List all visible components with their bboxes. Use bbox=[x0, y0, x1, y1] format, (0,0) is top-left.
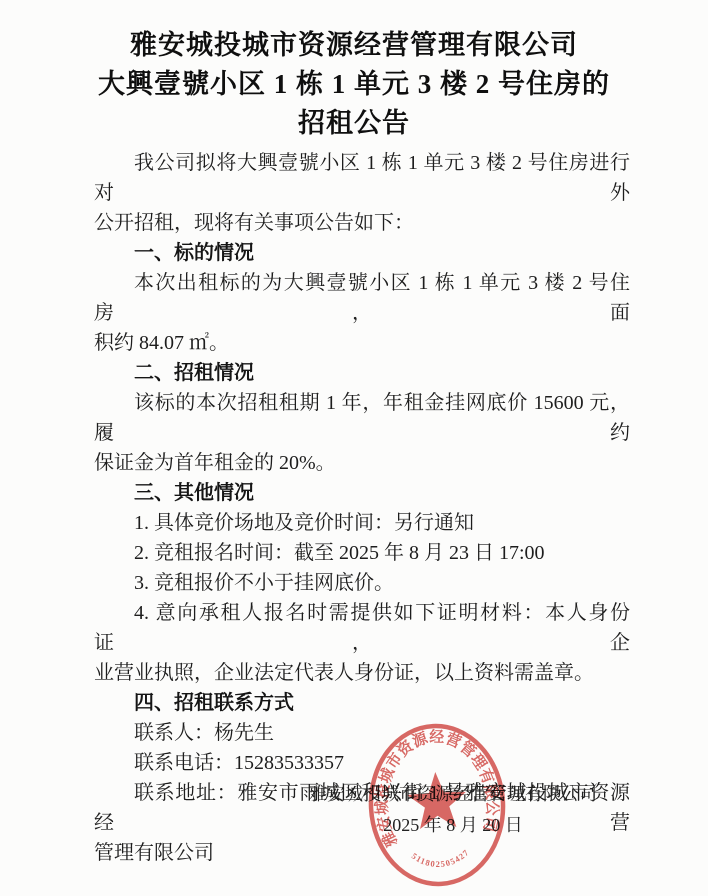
body-line: 保证金为首年租金的 20%。 bbox=[94, 448, 630, 478]
title-line-1: 雅安城投城市资源经营管理有限公司 bbox=[0, 26, 708, 65]
page-title: 雅安城投城市资源经营管理有限公司 大興壹號小区 1 栋 1 单元 3 楼 2 号… bbox=[0, 0, 708, 143]
section-1-heading: 一、标的情况 bbox=[94, 238, 630, 268]
body-line: 积约 84.07 ㎡。 bbox=[94, 328, 630, 358]
list-item: 1. 具体竞价场地及竞价时间：另行通知 bbox=[94, 508, 630, 538]
document-body: 我公司拟将大興壹號小区 1 栋 1 单元 3 楼 2 号住房进行对外 公开招租，… bbox=[0, 148, 630, 868]
list-item: 业营业执照，企业法定代表人身份证，以上资料需盖章。 bbox=[94, 658, 630, 688]
section-3-heading: 三、其他情况 bbox=[94, 478, 630, 508]
contact-address-line: 管理有限公司 bbox=[94, 838, 630, 868]
title-line-2: 大興壹號小区 1 栋 1 单元 3 楼 2 号住房的 bbox=[0, 65, 708, 104]
list-item: 4. 意向承租人报名时需提供如下证明材料：本人身份证，企 bbox=[94, 598, 630, 658]
official-seal: 雅安城投城市资源经营管理有限公司 5118025054276 bbox=[362, 717, 513, 892]
list-item: 2. 竞租报名时间：截至 2025 年 8 月 23 日 17:00 bbox=[94, 538, 630, 568]
section-2-heading: 二、招租情况 bbox=[94, 358, 630, 388]
document-page: 雅安城投城市资源经营管理有限公司 大興壹號小区 1 栋 1 单元 3 楼 2 号… bbox=[0, 0, 708, 896]
seal-star-icon bbox=[406, 771, 468, 830]
intro-line: 公开招租，现将有关事项公告如下： bbox=[94, 208, 630, 238]
list-item: 3. 竞租报价不小于挂网底价。 bbox=[94, 568, 630, 598]
intro-line: 我公司拟将大興壹號小区 1 栋 1 单元 3 楼 2 号住房进行对外 bbox=[94, 148, 630, 208]
section-4-heading: 四、招租联系方式 bbox=[94, 688, 630, 718]
title-line-3: 招租公告 bbox=[0, 104, 708, 143]
body-line: 本次出租标的为大興壹號小区 1 栋 1 单元 3 楼 2 号住房，面 bbox=[94, 268, 630, 328]
contact-phone-line: 联系电话：15283533357 bbox=[94, 748, 630, 778]
body-line: 该标的本次招租租期 1 年，年租金挂网底价 15600 元，履约 bbox=[94, 388, 630, 448]
